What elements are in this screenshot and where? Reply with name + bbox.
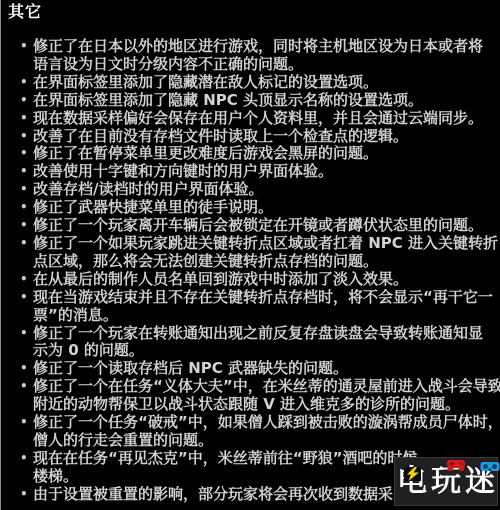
list-item: •修正了一个读取存档后 NPC 武器缺失的问题。	[1, 360, 500, 378]
list-item-text: 现在数据采样偏好会保存在用户个人资料里，并且会通过云端同步。	[33, 109, 483, 127]
bullet-marker: •	[20, 38, 28, 56]
list-item: •在界面标签里添加了隐藏 NPC 头顶显示名称的设置选项。	[1, 92, 500, 110]
list-item: •修正了一个玩家离开车辆后会被锁定在开镜或者蹲伏状态里的问题。	[1, 217, 500, 235]
bullet-marker: •	[20, 74, 28, 92]
list-item-text: 修正了一个读取存档后 NPC 武器缺失的问题。	[33, 359, 348, 377]
list-item-text: 现在当游戏结束并且不存在关键转折点存档时，将不会显示“再干它一 票”的消息。	[33, 288, 493, 324]
list-item-text: 修正了武器快捷菜单里的徒手说明。	[33, 198, 273, 216]
list-item-text: 改善了在目前没有存档文件时读取上一个检查点的逻辑。	[33, 127, 408, 145]
vr-goggles-icon	[480, 461, 500, 473]
list-item: •修正了一个如果玩家跳进关键转折点区域或者扛着 NPC 进入关键转折 点区域，那…	[1, 235, 500, 271]
watermark-logo: 电 玩 迷	[394, 457, 498, 506]
gamepad-icon	[446, 459, 466, 472]
list-item-text: 修正了一个任务“破戒”中，如果僧人踩到被击败的漩涡帮成员尸体时， 僧人的行走会重…	[33, 413, 500, 449]
bullet-marker: •	[20, 110, 28, 128]
list-item: •修正了在暂停菜单里更改难度后游戏会黑屏的问题。	[1, 145, 500, 163]
list-item: •在界面标签里添加了隐藏潜在敌人标记的设置选项。	[1, 74, 500, 92]
list-item-text: 修正了在日本以外的地区进行游戏，同时将主机地区设为日本或者将 语言设为日文时分级…	[33, 37, 483, 73]
list-item-text: 改善存档/读档时的用户界面体验。	[33, 180, 263, 198]
list-item-text: 由于设置被重置的影响，部分玩家将会再次收到数据采	[33, 485, 393, 503]
bullet-marker: •	[20, 235, 28, 253]
bullet-marker: •	[20, 145, 28, 163]
list-item: •改善存档/读档时的用户界面体验。	[1, 181, 500, 199]
section-title: 其它	[8, 2, 500, 21]
bullet-marker: •	[20, 450, 28, 468]
bullet-marker: •	[20, 289, 28, 307]
list-item: •改善了在目前没有存档文件时读取上一个检查点的逻辑。	[1, 128, 500, 146]
bullet-marker: •	[20, 128, 28, 146]
list-item: •修正了武器快捷菜单里的徒手说明。	[1, 199, 500, 217]
list-item: •修正了一个在任务“义体大夫”中，在米丝蒂的通灵屋前进入战斗会导致 附近的动物帮…	[1, 378, 500, 414]
bullet-marker: •	[20, 325, 28, 343]
watermark-char-wan: 玩	[430, 461, 463, 503]
list-item-text: 现在在任务“再见杰克”中，米丝蒂前往“野狼”酒吧的时候 楼梯。	[33, 449, 417, 485]
list-item-text: 改善使用十字键和方向键时的用户界面体验。	[33, 162, 333, 180]
bullet-marker: •	[20, 163, 28, 181]
list-item-text: 在从最后的制作人员名单回到游戏中时添加了淡入效果。	[33, 270, 408, 288]
watermark-char-dian: 电	[396, 461, 429, 503]
lightning-icon	[404, 467, 421, 484]
bullet-marker: •	[20, 360, 28, 378]
bullet-marker: •	[20, 378, 28, 396]
list-item: •现在当游戏结束并且不存在关键转折点存档时，将不会显示“再干它一 票”的消息。	[1, 289, 500, 325]
list-item-text: 修正了在暂停菜单里更改难度后游戏会黑屏的问题。	[33, 144, 378, 162]
list-item-text: 在界面标签里添加了隐藏 NPC 头顶显示名称的设置选项。	[33, 91, 423, 109]
list-item-text: 在界面标签里添加了隐藏潜在敌人标记的设置选项。	[33, 73, 378, 91]
list-item-text: 修正了一个如果玩家跳进关键转折点区域或者扛着 NPC 进入关键转折 点区域，那么…	[33, 234, 498, 270]
bullet-marker: •	[20, 414, 28, 432]
list-item: •修正了一个玩家在转账通知出现之前反复存盘读盘会导致转账通知显 示为 0 的问题…	[1, 325, 500, 361]
list-item-text: 修正了一个在任务“义体大夫”中，在米丝蒂的通灵屋前进入战斗会导致 附近的动物帮保…	[33, 377, 500, 413]
list-item: •修正了在日本以外的地区进行游戏，同时将主机地区设为日本或者将 语言设为日文时分…	[1, 38, 500, 74]
bullet-marker: •	[20, 199, 28, 217]
list-item: •改善使用十字键和方向键时的用户界面体验。	[1, 163, 500, 181]
list-item-text: 修正了一个玩家在转账通知出现之前反复存盘读盘会导致转账通知显 示为 0 的问题。	[33, 324, 483, 360]
list-item: •在从最后的制作人员名单回到游戏中时添加了淡入效果。	[1, 271, 500, 289]
list-item: •现在数据采样偏好会保存在用户个人资料里，并且会通过云端同步。	[1, 110, 500, 128]
changelog-list: •修正了在日本以外的地区进行游戏，同时将主机地区设为日本或者将 语言设为日文时分…	[1, 38, 500, 504]
bullet-marker: •	[20, 217, 28, 235]
list-item-text: 修正了一个玩家离开车辆后会被锁定在开镜或者蹲伏状态里的问题。	[33, 216, 483, 234]
list-item: •修正了一个任务“破戒”中，如果僧人踩到被击败的漩涡帮成员尸体时， 僧人的行走会…	[1, 414, 500, 450]
bullet-marker: •	[20, 271, 28, 289]
bullet-marker: •	[20, 181, 28, 199]
bullet-marker: •	[20, 486, 28, 504]
watermark-char-mi: 迷	[464, 461, 497, 503]
bullet-marker: •	[20, 92, 28, 110]
